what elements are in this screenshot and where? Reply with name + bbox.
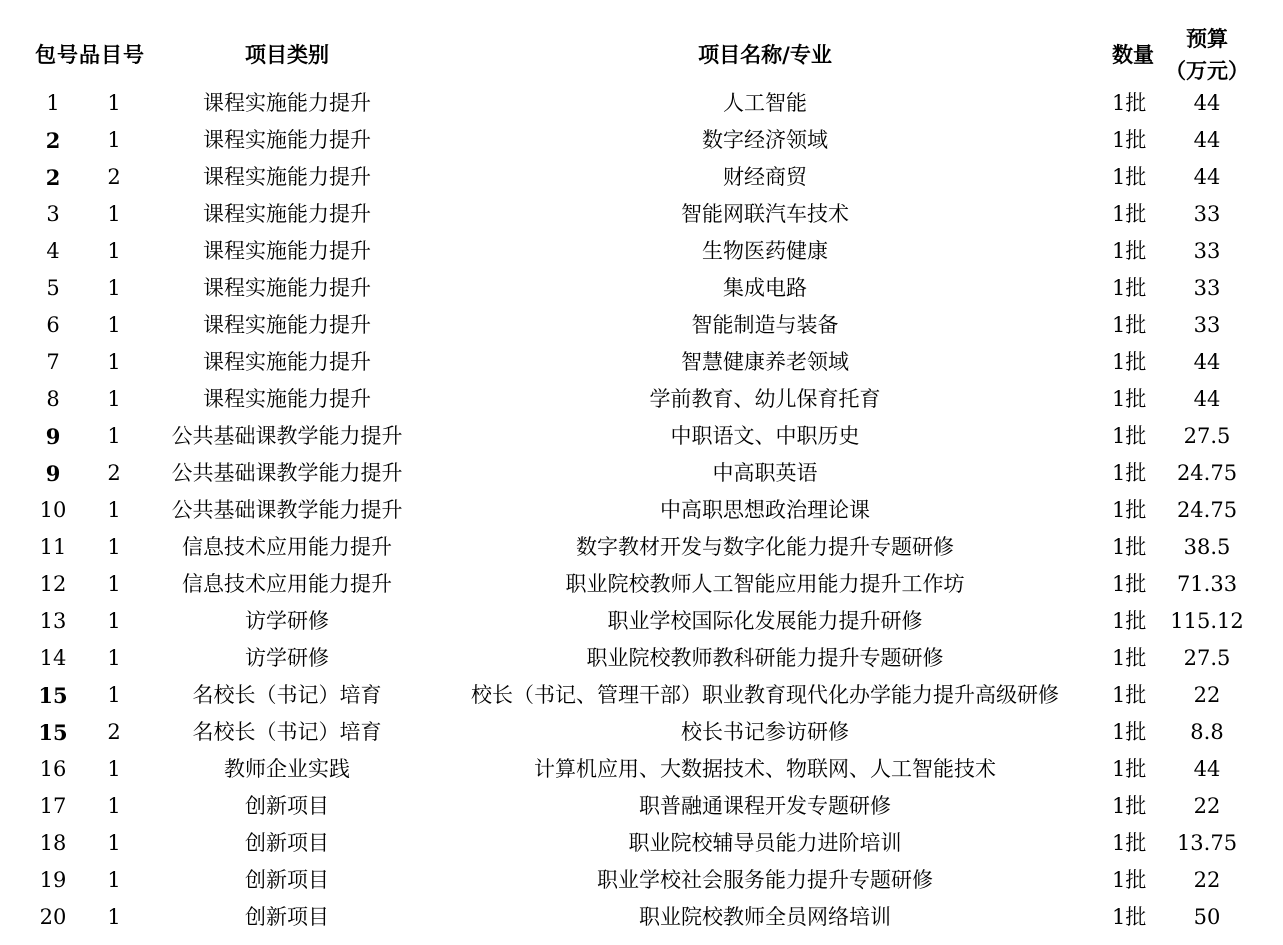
project-name: 校长书记参访研修 — [420, 714, 1110, 751]
project-name: 职业院校辅导员能力进阶培训 — [420, 825, 1110, 862]
table-row: 15 2 名校长（书记）培育 校长书记参访研修 1批 8.8 — [0, 714, 1283, 751]
quantity: 1批 — [1106, 233, 1158, 270]
package-number: 10 — [23, 492, 83, 529]
table-row: 11 1 信息技术应用能力提升 数字教材开发与数字化能力提升专题研修 1批 38… — [0, 529, 1283, 566]
table-row: 8 1 课程实施能力提升 学前教育、幼儿保育托育 1批 44 — [0, 381, 1283, 418]
table-row: 7 1 课程实施能力提升 智慧健康养老领域 1批 44 — [0, 344, 1283, 381]
item-number: 2 — [84, 455, 144, 492]
header-quantity: 数量 — [1100, 22, 1166, 88]
item-number: 1 — [84, 307, 144, 344]
project-category: 信息技术应用能力提升 — [147, 529, 427, 566]
table-row: 1 1 课程实施能力提升 人工智能 1批 44 — [0, 85, 1283, 122]
project-name: 中高职英语 — [420, 455, 1110, 492]
package-number: 3 — [23, 196, 83, 233]
project-category: 课程实施能力提升 — [147, 233, 427, 270]
quantity: 1批 — [1106, 492, 1158, 529]
package-number: 16 — [23, 751, 83, 788]
project-category: 课程实施能力提升 — [147, 196, 427, 233]
budget-amount: 27.5 — [1160, 418, 1254, 455]
project-name: 中高职思想政治理论课 — [420, 492, 1110, 529]
package-number: 14 — [23, 640, 83, 677]
item-number: 1 — [84, 899, 144, 936]
package-number: 1 — [23, 85, 83, 122]
project-name: 职业院校教师全员网络培训 — [420, 899, 1110, 936]
table-row: 12 1 信息技术应用能力提升 职业院校教师人工智能应用能力提升工作坊 1批 7… — [0, 566, 1283, 603]
project-category: 课程实施能力提升 — [147, 122, 427, 159]
budget-amount: 22 — [1160, 788, 1254, 825]
header-project-name: 项目名称/专业 — [420, 22, 1110, 88]
header-budget-label: 预算 — [1186, 23, 1228, 55]
budget-amount: 13.75 — [1160, 825, 1254, 862]
package-number: 11 — [23, 529, 83, 566]
budget-amount: 44 — [1160, 344, 1254, 381]
table-row: 9 2 公共基础课教学能力提升 中高职英语 1批 24.75 — [0, 455, 1283, 492]
quantity: 1批 — [1106, 344, 1158, 381]
table-row: 19 1 创新项目 职业学校社会服务能力提升专题研修 1批 22 — [0, 862, 1283, 899]
item-number: 1 — [84, 344, 144, 381]
item-number: 1 — [84, 603, 144, 640]
package-number: 2 — [23, 122, 83, 159]
quantity: 1批 — [1106, 640, 1158, 677]
table-row: 16 1 教师企业实践 计算机应用、大数据技术、物联网、人工智能技术 1批 44 — [0, 751, 1283, 788]
budget-amount: 44 — [1160, 122, 1254, 159]
project-name: 数字教材开发与数字化能力提升专题研修 — [420, 529, 1110, 566]
item-number: 1 — [84, 492, 144, 529]
project-category: 教师企业实践 — [147, 751, 427, 788]
package-number: 15 — [23, 714, 83, 751]
budget-amount: 33 — [1160, 270, 1254, 307]
project-category: 信息技术应用能力提升 — [147, 566, 427, 603]
item-number: 1 — [84, 122, 144, 159]
budget-amount: 33 — [1160, 196, 1254, 233]
item-number: 1 — [84, 788, 144, 825]
item-number: 1 — [84, 381, 144, 418]
project-name: 生物医药健康 — [420, 233, 1110, 270]
package-number: 6 — [23, 307, 83, 344]
package-number: 17 — [23, 788, 83, 825]
table-row: 13 1 访学研修 职业学校国际化发展能力提升研修 1批 115.12 — [0, 603, 1283, 640]
budget-amount: 44 — [1160, 381, 1254, 418]
budget-amount: 33 — [1160, 307, 1254, 344]
table-row: 5 1 课程实施能力提升 集成电路 1批 33 — [0, 270, 1283, 307]
header-package-item-number: 包号品目号 — [20, 22, 160, 88]
item-number: 1 — [84, 640, 144, 677]
quantity: 1批 — [1106, 825, 1158, 862]
project-category: 公共基础课教学能力提升 — [147, 492, 427, 529]
project-category: 公共基础课教学能力提升 — [147, 455, 427, 492]
budget-amount: 44 — [1160, 85, 1254, 122]
project-category: 课程实施能力提升 — [147, 159, 427, 196]
budget-amount: 50 — [1160, 899, 1254, 936]
project-name: 人工智能 — [420, 85, 1110, 122]
project-name: 职普融通课程开发专题研修 — [420, 788, 1110, 825]
table-row: 10 1 公共基础课教学能力提升 中高职思想政治理论课 1批 24.75 — [0, 492, 1283, 529]
project-category: 创新项目 — [147, 899, 427, 936]
package-number: 7 — [23, 344, 83, 381]
package-number: 13 — [23, 603, 83, 640]
table-row: 9 1 公共基础课教学能力提升 中职语文、中职历史 1批 27.5 — [0, 418, 1283, 455]
package-number: 9 — [23, 418, 83, 455]
item-number: 1 — [84, 529, 144, 566]
budget-amount: 38.5 — [1160, 529, 1254, 566]
budget-amount: 22 — [1160, 677, 1254, 714]
budget-amount: 33 — [1160, 233, 1254, 270]
package-number: 18 — [23, 825, 83, 862]
quantity: 1批 — [1106, 455, 1158, 492]
project-category: 公共基础课教学能力提升 — [147, 418, 427, 455]
project-category: 课程实施能力提升 — [147, 270, 427, 307]
item-number: 1 — [84, 196, 144, 233]
budget-amount: 8.8 — [1160, 714, 1254, 751]
project-category: 创新项目 — [147, 788, 427, 825]
project-name: 职业学校社会服务能力提升专题研修 — [420, 862, 1110, 899]
quantity: 1批 — [1106, 862, 1158, 899]
table-row: 6 1 课程实施能力提升 智能制造与装备 1批 33 — [0, 307, 1283, 344]
quantity: 1批 — [1106, 122, 1158, 159]
budget-amount: 44 — [1160, 751, 1254, 788]
package-number: 9 — [23, 455, 83, 492]
budget-amount: 27.5 — [1160, 640, 1254, 677]
table-row: 17 1 创新项目 职普融通课程开发专题研修 1批 22 — [0, 788, 1283, 825]
project-category: 课程实施能力提升 — [147, 307, 427, 344]
project-category: 创新项目 — [147, 862, 427, 899]
item-number: 1 — [84, 751, 144, 788]
project-name: 数字经济领域 — [420, 122, 1110, 159]
header-budget: 预算 （万元） — [1160, 22, 1254, 88]
quantity: 1批 — [1106, 270, 1158, 307]
project-name: 职业院校教师人工智能应用能力提升工作坊 — [420, 566, 1110, 603]
project-name: 计算机应用、大数据技术、物联网、人工智能技术 — [420, 751, 1110, 788]
table-row: 2 2 课程实施能力提升 财经商贸 1批 44 — [0, 159, 1283, 196]
header-budget-unit: （万元） — [1165, 55, 1249, 87]
project-category: 名校长（书记）培育 — [147, 714, 427, 751]
project-name: 校长（书记、管理干部）职业教育现代化办学能力提升高级研修 — [420, 677, 1110, 714]
budget-amount: 115.12 — [1160, 603, 1254, 640]
quantity: 1批 — [1106, 677, 1158, 714]
quantity: 1批 — [1106, 418, 1158, 455]
project-name: 职业院校教师教科研能力提升专题研修 — [420, 640, 1110, 677]
quantity: 1批 — [1106, 566, 1158, 603]
quantity: 1批 — [1106, 751, 1158, 788]
item-number: 1 — [84, 270, 144, 307]
project-category: 访学研修 — [147, 640, 427, 677]
quantity: 1批 — [1106, 714, 1158, 751]
quantity: 1批 — [1106, 603, 1158, 640]
quantity: 1批 — [1106, 307, 1158, 344]
table-row: 18 1 创新项目 职业院校辅导员能力进阶培训 1批 13.75 — [0, 825, 1283, 862]
project-category: 名校长（书记）培育 — [147, 677, 427, 714]
table-row: 20 1 创新项目 职业院校教师全员网络培训 1批 50 — [0, 899, 1283, 936]
package-number: 19 — [23, 862, 83, 899]
project-category: 课程实施能力提升 — [147, 85, 427, 122]
item-number: 1 — [84, 85, 144, 122]
table-row: 4 1 课程实施能力提升 生物医药健康 1批 33 — [0, 233, 1283, 270]
project-category: 课程实施能力提升 — [147, 381, 427, 418]
project-name: 智慧健康养老领域 — [420, 344, 1110, 381]
package-number: 4 — [23, 233, 83, 270]
item-number: 1 — [84, 233, 144, 270]
project-category: 课程实施能力提升 — [147, 344, 427, 381]
package-number: 15 — [23, 677, 83, 714]
package-number: 5 — [23, 270, 83, 307]
package-number: 20 — [23, 899, 83, 936]
quantity: 1批 — [1106, 788, 1158, 825]
item-number: 1 — [84, 566, 144, 603]
project-category: 创新项目 — [147, 825, 427, 862]
item-number: 1 — [84, 418, 144, 455]
item-number: 1 — [84, 677, 144, 714]
budget-amount: 71.33 — [1160, 566, 1254, 603]
table-row: 14 1 访学研修 职业院校教师教科研能力提升专题研修 1批 27.5 — [0, 640, 1283, 677]
package-number: 12 — [23, 566, 83, 603]
project-name: 集成电路 — [420, 270, 1110, 307]
project-name: 中职语文、中职历史 — [420, 418, 1110, 455]
quantity: 1批 — [1106, 85, 1158, 122]
project-name: 学前教育、幼儿保育托育 — [420, 381, 1110, 418]
quantity: 1批 — [1106, 899, 1158, 936]
package-number: 2 — [23, 159, 83, 196]
quantity: 1批 — [1106, 196, 1158, 233]
item-number: 2 — [84, 714, 144, 751]
budget-amount: 24.75 — [1160, 455, 1254, 492]
project-name: 智能网联汽车技术 — [420, 196, 1110, 233]
table-row: 15 1 名校长（书记）培育 校长（书记、管理干部）职业教育现代化办学能力提升高… — [0, 677, 1283, 714]
item-number: 1 — [84, 825, 144, 862]
project-name: 职业学校国际化发展能力提升研修 — [420, 603, 1110, 640]
project-name: 智能制造与装备 — [420, 307, 1110, 344]
header-project-category: 项目类别 — [147, 22, 427, 88]
item-number: 2 — [84, 159, 144, 196]
package-number: 8 — [23, 381, 83, 418]
quantity: 1批 — [1106, 529, 1158, 566]
quantity: 1批 — [1106, 159, 1158, 196]
table-row: 3 1 课程实施能力提升 智能网联汽车技术 1批 33 — [0, 196, 1283, 233]
budget-amount: 22 — [1160, 862, 1254, 899]
quantity: 1批 — [1106, 381, 1158, 418]
item-number: 1 — [84, 862, 144, 899]
budget-amount: 44 — [1160, 159, 1254, 196]
table-row: 2 1 课程实施能力提升 数字经济领域 1批 44 — [0, 122, 1283, 159]
project-category: 访学研修 — [147, 603, 427, 640]
budget-amount: 24.75 — [1160, 492, 1254, 529]
project-name: 财经商贸 — [420, 159, 1110, 196]
